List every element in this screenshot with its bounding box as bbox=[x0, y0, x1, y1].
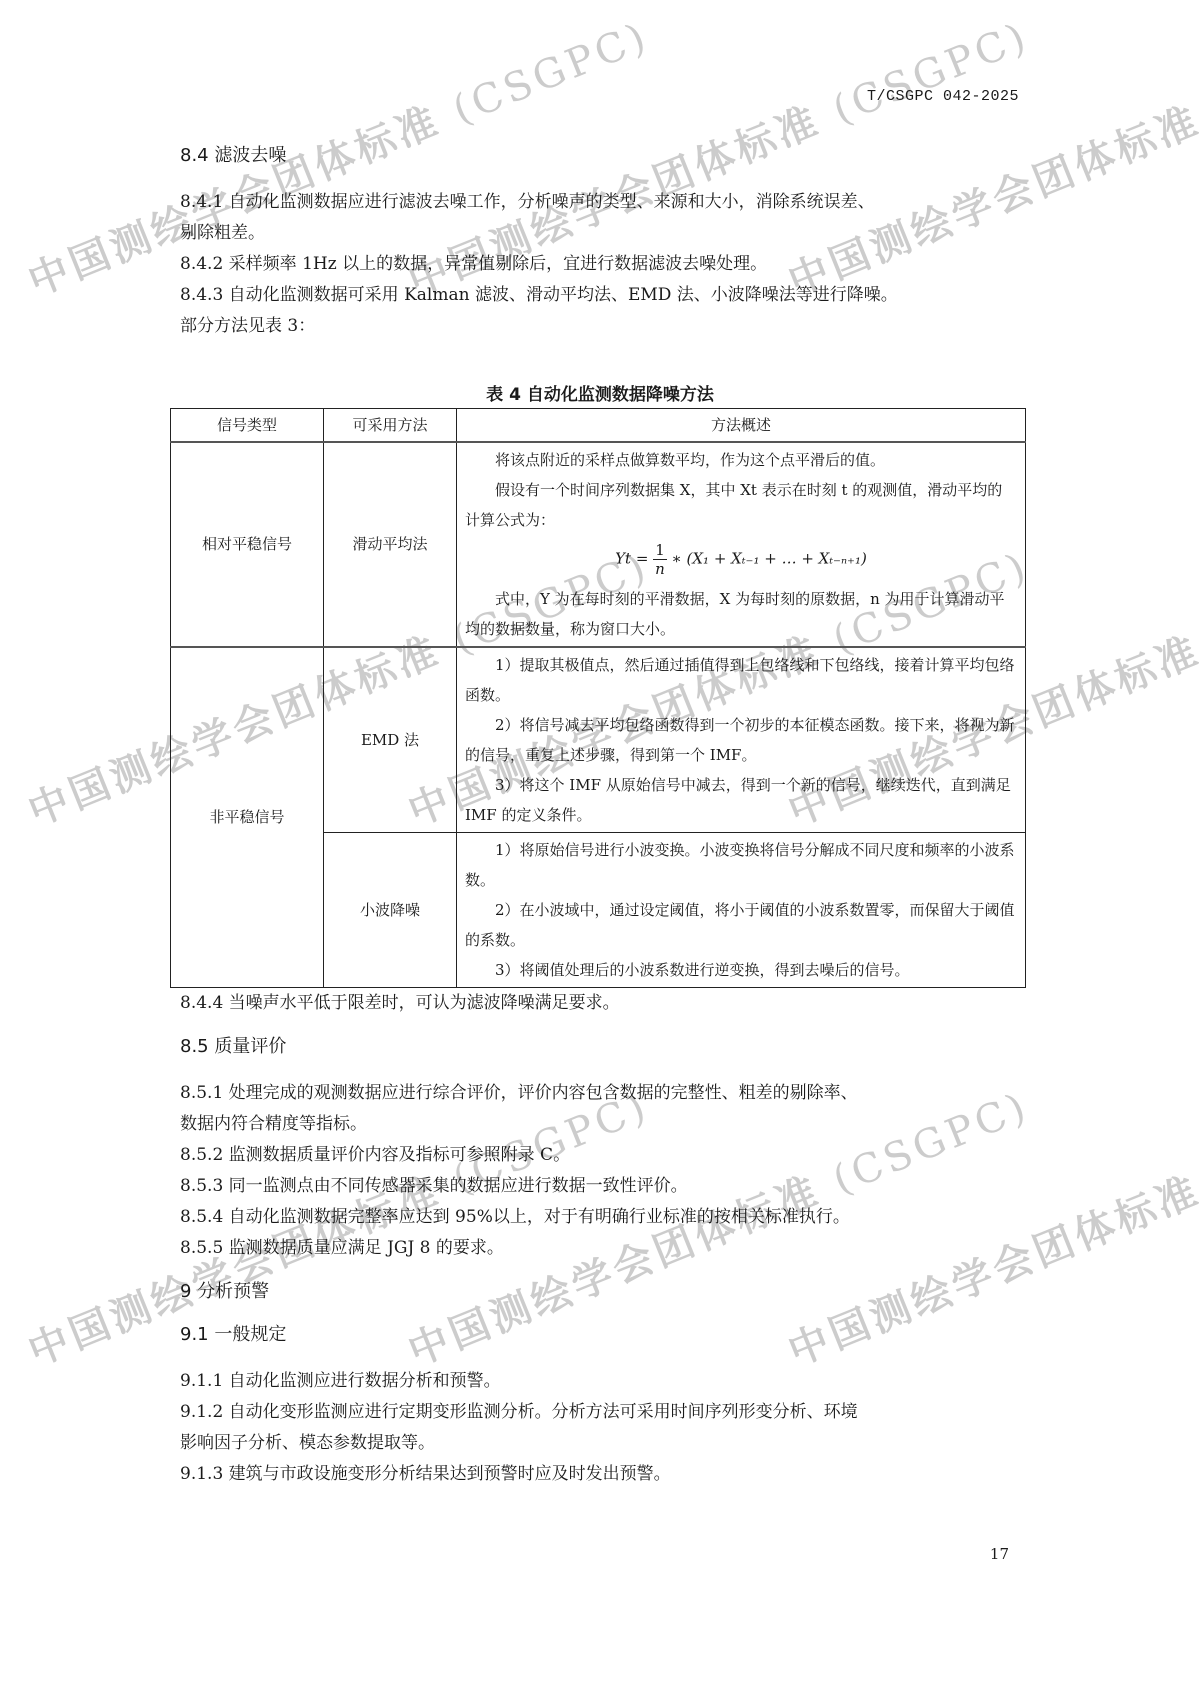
desc-line: 1）提取其极值点，然后通过插值得到上包络线和下包络线，接着计算平均包络函数。 bbox=[465, 650, 1017, 710]
moving-average-formula: Yt = 1 n ∗ (X₁ + Xₜ₋₁ + … + Xₜ₋ₙ₊₁) bbox=[465, 541, 1017, 578]
clause-9-1-1: 9.1.1 自动化监测应进行数据分析和预警。 bbox=[180, 1366, 1020, 1397]
cell-description: 1）提取其极值点，然后通过插值得到上包络线和下包络线，接着计算平均包络函数。 2… bbox=[457, 647, 1026, 833]
clause-8-5-1: 8.5.1 处理完成的观测数据应进行综合评价，评价内容包含数据的完整性、粗差的剔… bbox=[180, 1078, 1020, 1109]
clause-8-4-1: 8.4.1 自动化监测数据应进行滤波去噪工作，分析噪声的类型、来源和大小，消除系… bbox=[180, 187, 1020, 218]
chapter-heading-9: 9 分析预警 bbox=[180, 1276, 1020, 1307]
clause-8-4-1-cont: 剔除粗差。 bbox=[180, 218, 1020, 249]
section-heading-8-4: 8.4 滤波去噪 bbox=[180, 140, 1020, 171]
fraction: 1 n bbox=[653, 541, 667, 578]
clause-8-5-4: 8.5.4 自动化监测数据完整率应达到 95%以上，对于有明确行业标准的按相关标… bbox=[180, 1202, 1020, 1233]
clause-8-5-1-cont: 数据内符合精度等指标。 bbox=[180, 1109, 1020, 1140]
desc-line: 式中，Y 为在每时刻的平滑数据，X 为每时刻的原数据，n 为用于计算滑动平均的数… bbox=[465, 584, 1017, 644]
cell-description: 将该点附近的采样点做算数平均，作为这个点平滑后的值。 假设有一个时间序列数据集 … bbox=[457, 442, 1026, 647]
section-heading-9-1: 9.1 一般规定 bbox=[180, 1319, 1020, 1350]
table-title: 表 4 自动化监测数据降噪方法 bbox=[180, 382, 1020, 408]
clause-9-1-2: 9.1.2 自动化变形监测应进行定期变形监测分析。分析方法可采用时间序列形变分析… bbox=[180, 1397, 1020, 1428]
clause-8-4-3: 8.4.3 自动化监测数据可采用 Kalman 滤波、滑动平均法、EMD 法、小… bbox=[180, 280, 1020, 311]
cell-method: EMD 法 bbox=[324, 647, 457, 833]
cell-description: 1）将原始信号进行小波变换。小波变换将信号分解成不同尺度和频率的小波系数。 2）… bbox=[457, 833, 1026, 988]
cell-method: 小波降噪 bbox=[324, 833, 457, 988]
denoise-methods-table: 信号类型 可采用方法 方法概述 相对平稳信号 滑动平均法 将该点附近的采样点做算… bbox=[170, 408, 1026, 988]
clause-8-4-4: 8.4.4 当噪声水平低于限差时，可认为滤波降噪满足要求。 bbox=[180, 988, 1020, 1019]
clause-8-4-2: 8.4.2 采样频率 1Hz 以上的数据，异常值剔除后，宜进行数据滤波去噪处理。 bbox=[180, 249, 1020, 280]
desc-line: 2）在小波域中，通过设定阈值，将小于阈值的小波系数置零，而保留大于阈值的系数。 bbox=[465, 895, 1017, 955]
page-number: 17 bbox=[990, 1545, 1009, 1563]
table-row: 相对平稳信号 滑动平均法 将该点附近的采样点做算数平均，作为这个点平滑后的值。 … bbox=[171, 442, 1026, 647]
desc-line: 3）将阈值处理后的小波系数进行逆变换，得到去噪后的信号。 bbox=[465, 955, 1017, 985]
clause-8-5-3: 8.5.3 同一监测点由不同传感器采集的数据应进行数据一致性评价。 bbox=[180, 1171, 1020, 1202]
desc-line: 1）将原始信号进行小波变换。小波变换将信号分解成不同尺度和频率的小波系数。 bbox=[465, 835, 1017, 895]
clause-9-1-2-cont: 影响因子分析、模态参数提取等。 bbox=[180, 1428, 1020, 1459]
desc-line: 2）将信号减去平均包络函数得到一个初步的本征模态函数。接下来，将视为新的信号，重… bbox=[465, 710, 1017, 770]
col-header-description: 方法概述 bbox=[457, 409, 1026, 443]
col-header-method: 可采用方法 bbox=[324, 409, 457, 443]
clause-8-5-5: 8.5.5 监测数据质量应满足 JGJ 8 的要求。 bbox=[180, 1233, 1020, 1264]
page-content: 8.4 滤波去噪 8.4.1 自动化监测数据应进行滤波去噪工作，分析噪声的类型、… bbox=[180, 140, 1020, 1490]
cell-method: 滑动平均法 bbox=[324, 442, 457, 647]
cell-signal-type: 非平稳信号 bbox=[171, 647, 324, 988]
document-code: T/CSGPC 042-2025 bbox=[867, 88, 1019, 105]
clause-9-1-3: 9.1.3 建筑与市政设施变形分析结果达到预警时应及时发出预警。 bbox=[180, 1459, 1020, 1490]
clause-8-5-2: 8.5.2 监测数据质量评价内容及指标可参照附录 C。 bbox=[180, 1140, 1020, 1171]
col-header-signal-type: 信号类型 bbox=[171, 409, 324, 443]
table-header-row: 信号类型 可采用方法 方法概述 bbox=[171, 409, 1026, 443]
desc-line: 3）将这个 IMF 从原始信号中减去，得到一个新的信号，继续迭代，直到满足 IM… bbox=[465, 770, 1017, 830]
desc-line: 将该点附近的采样点做算数平均，作为这个点平滑后的值。 bbox=[465, 445, 1017, 475]
clause-8-4-3-cont: 部分方法见表 3： bbox=[180, 311, 1020, 342]
desc-line: 假设有一个时间序列数据集 X，其中 Xt 表示在时刻 t 的观测值，滑动平均的计… bbox=[465, 475, 1017, 535]
cell-signal-type: 相对平稳信号 bbox=[171, 442, 324, 647]
table-row: 非平稳信号 EMD 法 1）提取其极值点，然后通过插值得到上包络线和下包络线，接… bbox=[171, 647, 1026, 833]
section-heading-8-5: 8.5 质量评价 bbox=[180, 1031, 1020, 1062]
